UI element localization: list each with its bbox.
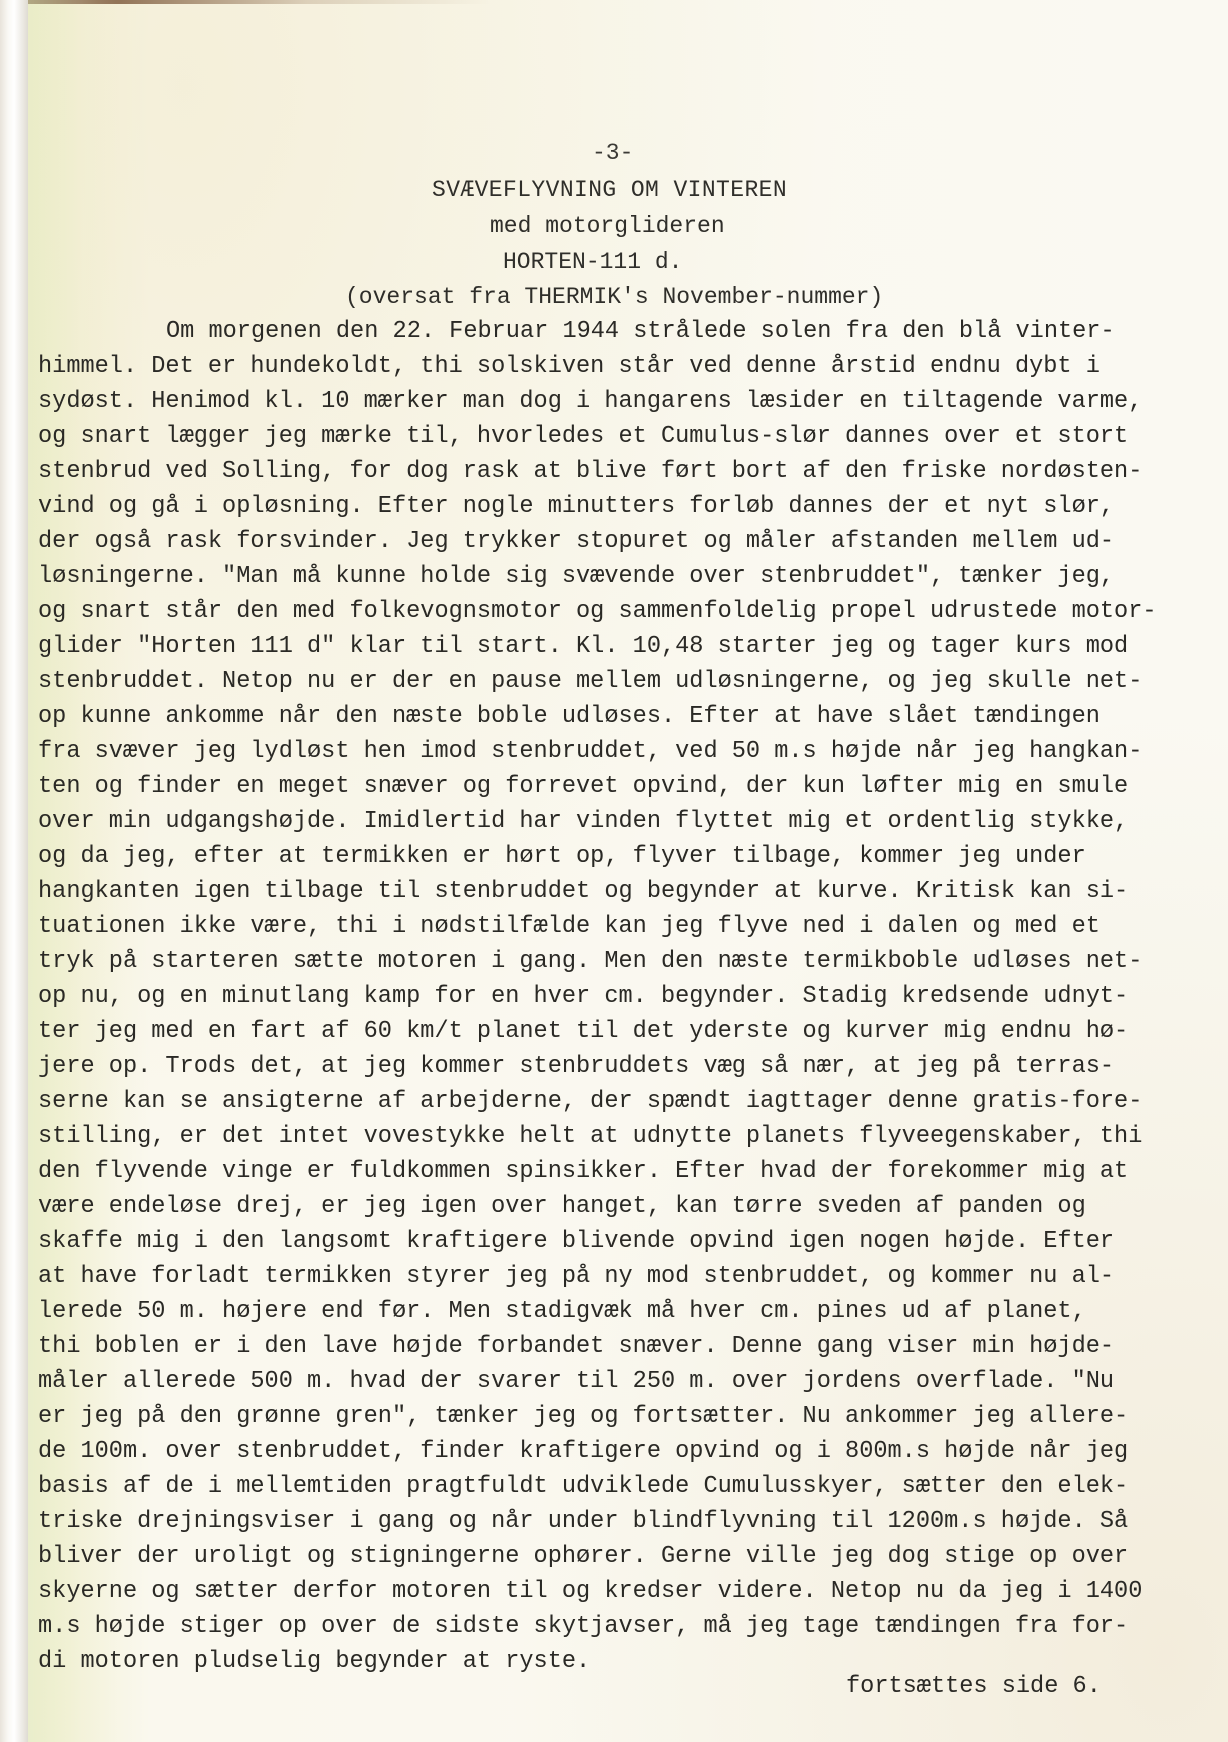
body-line: være endeløse drej, er jeg igen over han… bbox=[38, 1189, 1086, 1224]
body-line: stilling, er det intet vovestykke helt a… bbox=[38, 1119, 1142, 1154]
body-line: de 100m. over stenbruddet, finder krafti… bbox=[38, 1434, 1128, 1469]
body-line: ten og finder en meget snæver og forreve… bbox=[38, 769, 1128, 804]
body-line: serne kan se ansigterne af arbejderne, d… bbox=[38, 1084, 1142, 1119]
body-line: stenbruddet. Netop nu er der en pause me… bbox=[38, 664, 1142, 699]
body-line: tuationen ikke være, thi i nødstilfælde … bbox=[38, 909, 1100, 944]
body-line: der også rask forsvinder. Jeg trykker st… bbox=[38, 524, 1114, 559]
body-line: m.s højde stiger op over de sidste skytj… bbox=[38, 1609, 1128, 1644]
body-line: hangkanten igen tilbage til stenbruddet … bbox=[38, 874, 1128, 909]
body-line: sydøst. Henimod kl. 10 mærker man dog i … bbox=[38, 384, 1142, 419]
binding-strip bbox=[0, 0, 28, 1742]
article-subtitle: med motorglideren bbox=[490, 213, 725, 239]
body-line: over min udgangshøjde. Imidlertid har vi… bbox=[38, 804, 1128, 839]
body-line: skaffe mig i den langsomt kraftigere bli… bbox=[38, 1224, 1114, 1259]
body-line: skyerne og sætter derfor motoren til og … bbox=[38, 1574, 1142, 1609]
body-line: vind og gå i opløsning. Efter nogle minu… bbox=[38, 489, 1114, 524]
body-line: lerede 50 m. højere end før. Men stadigv… bbox=[38, 1294, 1086, 1329]
body-line: og snart står den med folkevognsmotor og… bbox=[38, 594, 1157, 629]
body-line: og da jeg, efter at termikken er hørt op… bbox=[38, 839, 1086, 874]
body-line: basis af de i mellemtiden pragtfuldt udv… bbox=[38, 1469, 1128, 1504]
body-line: den flyvende vinge er fuldkommen spinsik… bbox=[38, 1154, 1128, 1189]
body-line: og snart lægger jeg mærke til, hvorledes… bbox=[38, 419, 1128, 454]
body-line: op nu, og en minutlang kamp for en hver … bbox=[38, 979, 1128, 1014]
body-line: thi boblen er i den lave højde forbandet… bbox=[38, 1329, 1114, 1364]
aircraft-name: HORTEN-111 d. bbox=[503, 249, 682, 275]
body-line: jere op. Trods det, at jeg kommer stenbr… bbox=[38, 1049, 1114, 1084]
body-line: Om morgenen den 22. Februar 1944 stråled… bbox=[38, 314, 1115, 349]
body-line: glider "Horten 111 d" klar til start. Kl… bbox=[38, 629, 1128, 664]
document-page: -3- SVÆVEFLYVNING OM VINTEREN med motorg… bbox=[0, 0, 1228, 1742]
body-line: ter jeg med en fart af 60 km/t planet ti… bbox=[38, 1014, 1128, 1049]
body-line: bliver der uroligt og stigningerne ophør… bbox=[38, 1539, 1128, 1574]
article-title: SVÆVEFLYVNING OM VINTEREN bbox=[432, 177, 787, 203]
body-line: op kunne ankomme når den næste boble udl… bbox=[38, 699, 1100, 734]
continuation-note: fortsættes side 6. bbox=[846, 1673, 1101, 1700]
translation-note: (oversat fra THERMIK's November-nummer) bbox=[345, 284, 883, 310]
body-line: di motoren pludselig begynder at ryste. bbox=[38, 1644, 590, 1679]
body-line: er jeg på den grønne gren", tænker jeg o… bbox=[38, 1399, 1128, 1434]
body-line: måler allerede 500 m. hvad der svarer ti… bbox=[38, 1364, 1114, 1399]
page-top-edge bbox=[0, 0, 1228, 4]
body-line: fra svæver jeg lydløst hen imod stenbrud… bbox=[38, 734, 1142, 769]
body-line: at have forladt termikken styrer jeg på … bbox=[38, 1259, 1114, 1294]
body-line: tryk på starteren sætte motoren i gang. … bbox=[38, 944, 1142, 979]
body-line: løsningerne. "Man må kunne holde sig svæ… bbox=[38, 559, 1114, 594]
body-line: stenbrud ved Solling, for dog rask at bl… bbox=[38, 454, 1142, 489]
body-line: triske drejningsviser i gang og når unde… bbox=[38, 1504, 1128, 1539]
body-line: himmel. Det er hundekoldt, thi solskiven… bbox=[38, 349, 1100, 384]
page-number: -3- bbox=[592, 140, 633, 166]
